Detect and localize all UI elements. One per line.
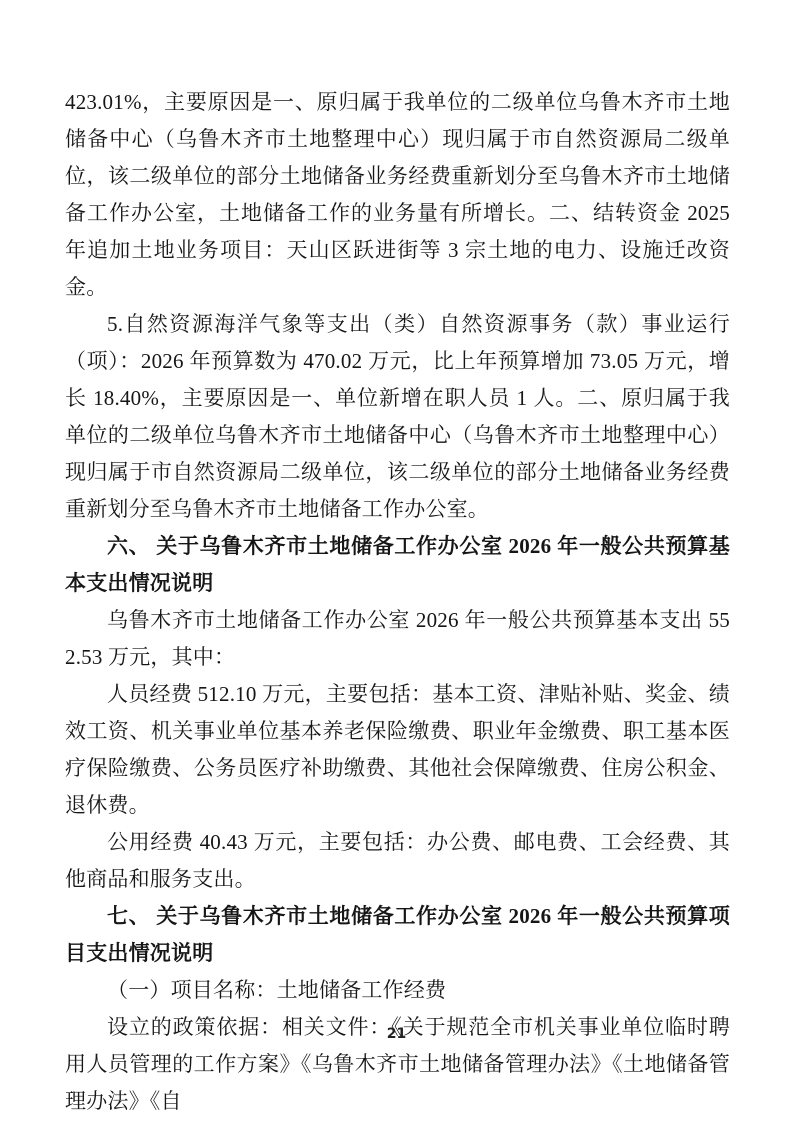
heading-section-6-basic-expense: 六、 关于乌鲁木齐市土地储备工作办公室 2026 年一般公共预算基本支出情况说明	[65, 528, 730, 602]
page-number: 21	[0, 1026, 793, 1042]
document-page: 423.01%，主要原因是一、原归属于我单位的二级单位乌鲁木齐市土地储备中心（乌…	[0, 0, 793, 1122]
heading-section-7-project-expense: 七、 关于乌鲁木齐市土地储备工作办公室 2026 年一般公共预算项目支出情况说明	[65, 898, 730, 972]
para-public-expense: 公用经费 40.43 万元，主要包括：办公费、邮电费、工会经费、其他商品和服务支…	[65, 824, 730, 898]
para-personnel-expense: 人员经费 512.10 万元，主要包括：基本工资、津贴补贴、奖金、绩效工资、机关…	[65, 676, 730, 824]
para-basic-expense-total: 乌鲁木齐市土地储备工作办公室 2026 年一般公共预算基本支出 552.53 万…	[65, 602, 730, 676]
document-body: 423.01%，主要原因是一、原归属于我单位的二级单位乌鲁木齐市土地储备中心（乌…	[65, 84, 730, 1120]
para-project-name: （一）项目名称：土地储备工作经费	[65, 972, 730, 1009]
para-item-5-natural-resources-expense: 5.自然资源海洋气象等支出（类）自然资源事务（款）事业运行（项）：2026 年预…	[65, 306, 730, 528]
para-carryover-explanation: 423.01%，主要原因是一、原归属于我单位的二级单位乌鲁木齐市土地储备中心（乌…	[65, 84, 730, 306]
